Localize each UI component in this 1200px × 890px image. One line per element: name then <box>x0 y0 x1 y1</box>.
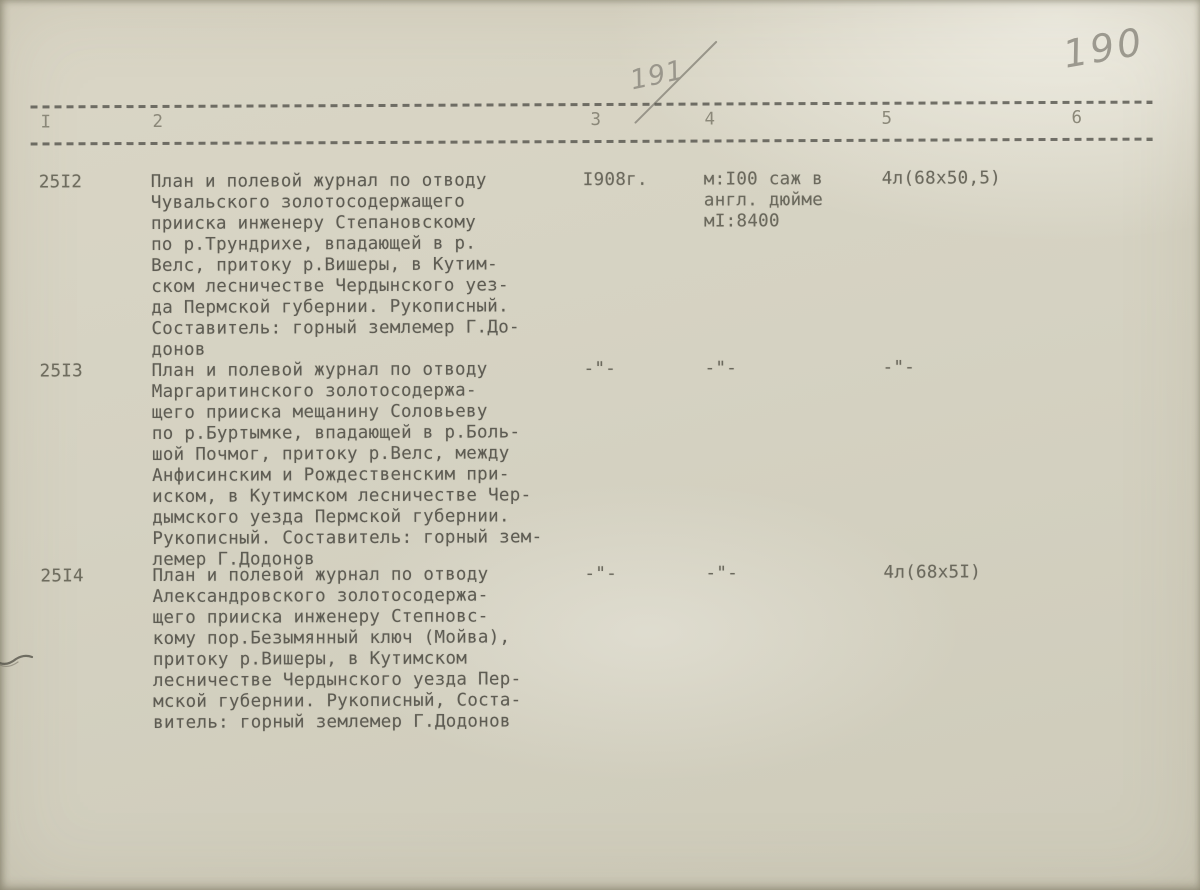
column-header-6: 6 <box>1071 108 1082 129</box>
column-header-1: I <box>40 112 51 133</box>
entry-number: 25I4 <box>40 566 83 587</box>
entry-number: 25I3 <box>40 361 83 382</box>
entry-description: План и полевой журнал по отводу Александ… <box>152 564 583 734</box>
entry-sheets: 4л(68х5I) <box>883 562 981 583</box>
column-header-5: 5 <box>881 109 892 130</box>
table-row: 25I2 План и полевой журнал по отводу Чув… <box>1 167 1200 172</box>
edge-smudge-mark <box>0 646 38 672</box>
column-header-3: 3 <box>590 110 601 131</box>
entry-scale-ditto: -"- <box>705 563 738 584</box>
table-header-rule-bottom <box>31 138 1153 145</box>
column-header-4: 4 <box>704 109 715 130</box>
entry-date-ditto: -"- <box>584 359 617 380</box>
scanned-document-page: 190 191 I 2 3 4 5 6 25I2 План и полевой … <box>0 0 1200 890</box>
entry-description: План и полевой журнал по отводу Маргарит… <box>152 359 583 571</box>
entry-scale: м:I00 саж в англ. дюйме мI:8400 <box>704 169 823 233</box>
entry-description: План и полевой журнал по отводу Чувальск… <box>151 170 582 361</box>
entry-sheets: 4л(68х50,5) <box>882 168 1001 190</box>
column-header-2: 2 <box>152 112 163 133</box>
table-header-rule-top <box>30 101 1152 108</box>
entry-date-ditto: -"- <box>584 564 617 585</box>
entry-scale-ditto: -"- <box>705 358 738 379</box>
typed-content: I 2 3 4 5 6 25I2 План и полевой журнал п… <box>0 0 1200 890</box>
entry-sheets-ditto: -"- <box>883 358 916 379</box>
entry-number: 25I2 <box>39 172 82 193</box>
entry-date: I908г. <box>583 170 648 191</box>
